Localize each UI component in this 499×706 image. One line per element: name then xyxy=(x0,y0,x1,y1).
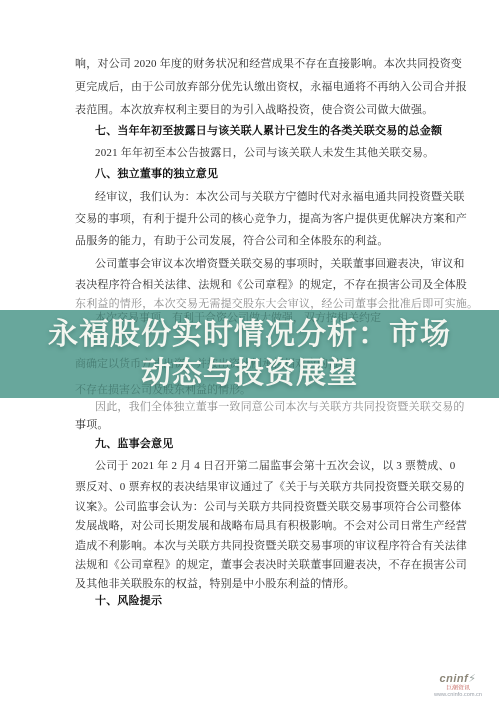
cninfo-watermark: cninf⚡ 巨潮资讯 www.cninfo.com.cn xyxy=(427,673,489,700)
title-overlay-band: 本次交易事项，有利于合资公司做大做强，双方按相关约定商确定以货币方式出资，并按出… xyxy=(0,310,499,398)
lightning-icon: ⚡ xyxy=(468,673,476,685)
document-line: 及其他非关联股东的权益，特别是中小股东利益的情形。 xyxy=(75,577,355,591)
document-line: 票反对、0 票弃权的表决结果审议通过了《关于与关联方共同投资暨关联交易的 xyxy=(75,480,464,494)
document-line: 响，对公司 2020 年度的财务状况和经营成果不存在直接影响。本次共同投资变 xyxy=(75,57,462,71)
announcement-document-page: 响，对公司 2020 年度的财务状况和经营成果不存在直接影响。本次共同投资变更完… xyxy=(0,0,499,706)
document-line: 2021 年年初至本公告披露日，公司与该关联人未发生其他关联交易。 xyxy=(95,146,434,160)
document-line: 议案》。公司监事会认为：公司与关联方共同投资暨关联交易事项符合公司整体 xyxy=(75,500,462,514)
document-line: 东利益的情形，本次交易无需提交股东大会审议，经公司董事会批准后即可实施。 xyxy=(75,297,478,311)
cninfo-url: www.cninfo.com.cn xyxy=(433,692,483,698)
document-line: 公司于 2021 年 2 月 4 日召开第二届监事会第十五次会议，以 3 票赞成… xyxy=(95,459,455,473)
overlay-title-line2: 动态与投资展望 xyxy=(141,354,358,393)
cninfo-brand-text: cninf xyxy=(439,673,468,685)
document-line: 法规和《公司章程》的规定，董事会表决时关联董事回避表决，不存在损害公司 xyxy=(75,558,467,572)
overlay-title: 永福股份实时情况分析：市场 动态与投资展望 xyxy=(0,310,499,398)
document-line: 因此，我们全体独立董事一致同意公司本次与关联方共同投资暨关联交易的 xyxy=(95,400,465,414)
document-line: 发展战略，对公司长期发展和战略布局具有积极影响。不会对公司日常生产经营 xyxy=(75,519,467,533)
cninfo-logo: cninf⚡ xyxy=(427,673,489,685)
section-heading-line: 十、风险提示 xyxy=(95,594,162,608)
document-line: 交易的事项，有利于提升公司的核心竞争力，提高为客户提供更优解决方案和产 xyxy=(75,212,467,226)
cninfo-chinese-name: 巨潮资讯 xyxy=(432,685,485,692)
document-line: 造成不利影响。本次与关联方共同投资暨关联交易事项的审议程序符合有关法律 xyxy=(75,539,467,553)
section-heading-line: 九、监事会意见 xyxy=(95,437,173,451)
document-line: 更完成后，由于公司放弃部分优先认缴出资权，永福电通将不再纳入公司合并报 xyxy=(75,80,467,94)
document-line: 事项。 xyxy=(75,418,109,432)
section-heading-line: 七、当年年初至披露日与该关联人累计已发生的各类关联交易的总金额 xyxy=(95,124,442,138)
document-line: 品服务的能力，有助于公司发展，符合公司和全体股东的利益。 xyxy=(75,234,389,248)
document-line: 表决程序符合相关法律、法规和《公司章程》的规定，不存在损害公司及全体股 xyxy=(75,278,467,292)
section-heading-line: 八、独立董事的独立意见 xyxy=(95,167,218,181)
document-line: 经审议，我们认为：本次公司与关联方宁德时代对永福电通共同投资暨关联 xyxy=(95,190,465,204)
overlay-title-line1: 永福股份实时情况分析：市场 xyxy=(48,315,451,354)
document-line: 公司董事会审议本次增资暨关联交易的事项时，关联董事回避表决，审议和 xyxy=(95,257,465,271)
document-line: 表范围。本次放弃权利主要目的为引入战略投资，使合资公司做大做强。 xyxy=(75,103,433,117)
